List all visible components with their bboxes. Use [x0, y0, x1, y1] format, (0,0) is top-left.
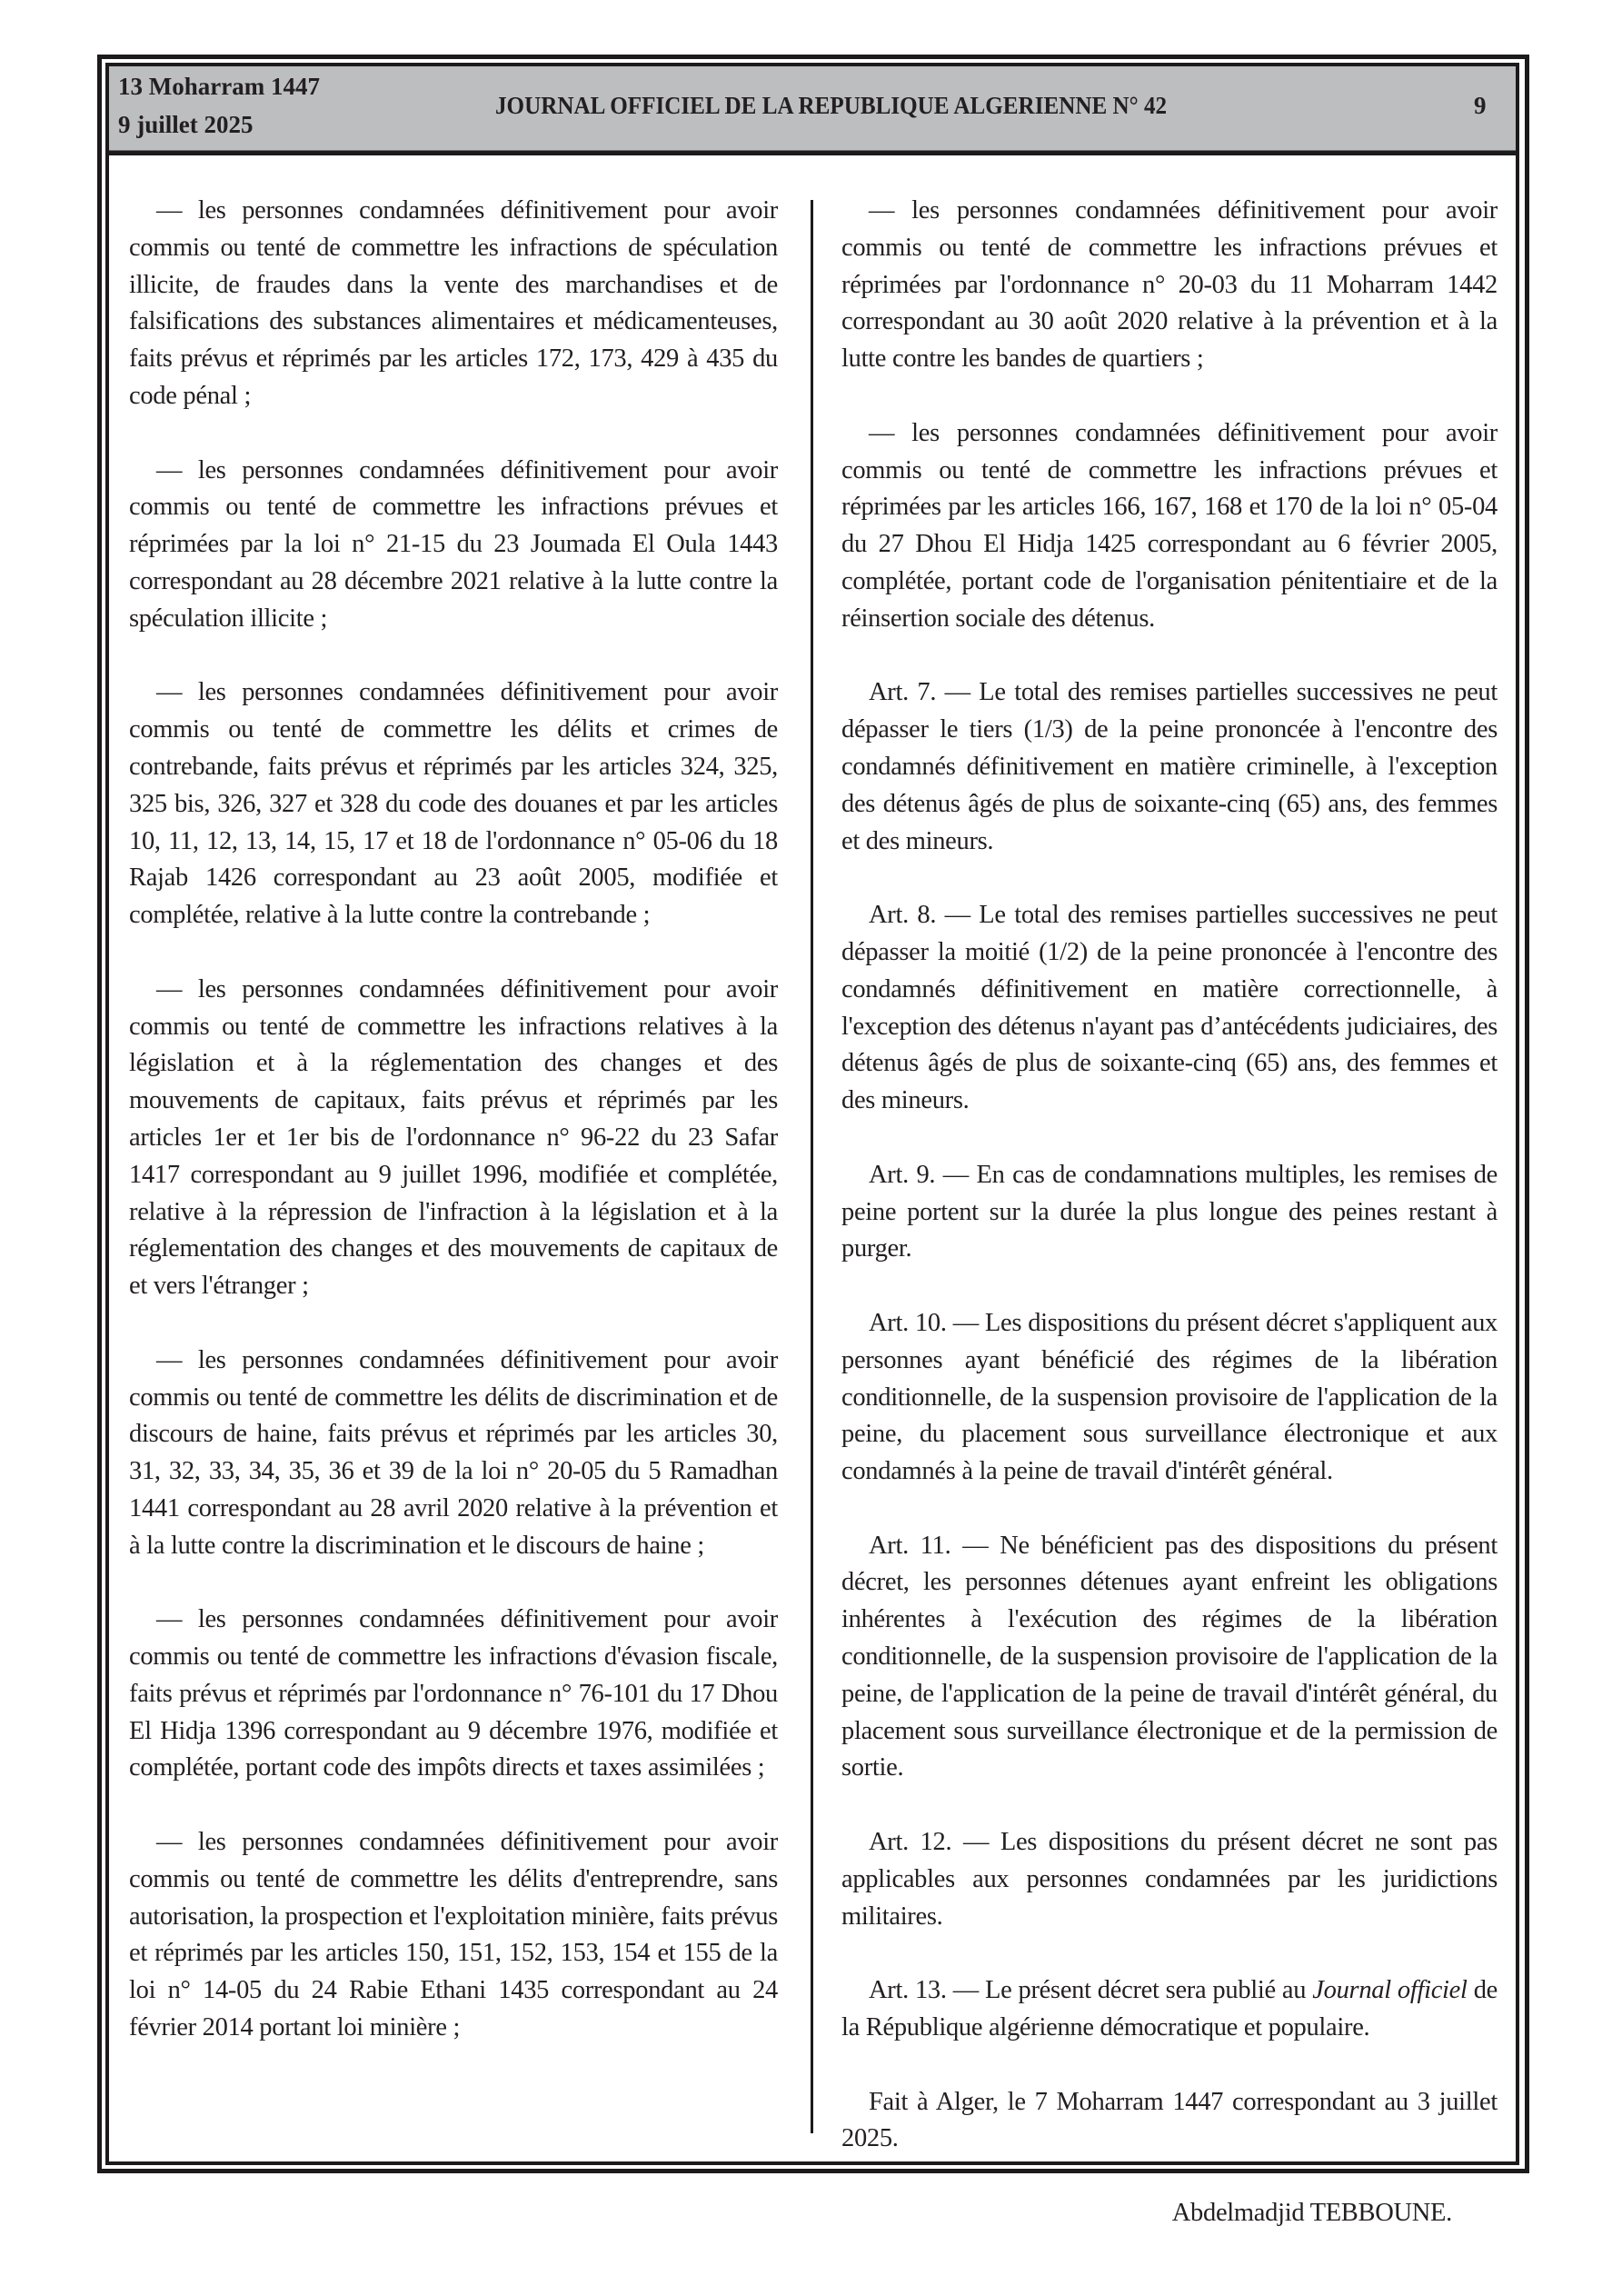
paragraph: — les personnes condamnées définitivemen… [129, 972, 778, 1305]
right-column: — les personnes condamnées définitivemen… [841, 193, 1498, 2232]
article-13: Art. 13. — Le présent décret sera publié… [841, 1972, 1498, 2047]
journal-title: JOURNAL OFFICIEL DE LA REPUBLIQUE ALGERI… [495, 94, 1167, 118]
article-9: Art. 9. — En cas de condamnations multip… [841, 1157, 1498, 1268]
paragraph: — les personnes condamnées définitivemen… [129, 193, 778, 415]
header-hijri-date: 13 Moharram 1447 [118, 75, 320, 99]
page-number: 9 [1474, 94, 1487, 118]
article-10: Art. 10. — Les dispositions du présent d… [841, 1305, 1498, 1491]
paragraph: — les personnes condamnées définitivemen… [129, 1602, 778, 1787]
column-separator [811, 200, 813, 2133]
paragraph: — les personnes condamnées définitivemen… [129, 1824, 778, 2047]
header-gregorian-date: 9 juillet 2025 [118, 113, 254, 137]
paragraph: — les personnes condamnées définitivemen… [129, 453, 778, 638]
paragraph: — les personnes condamnées définitivemen… [841, 193, 1498, 378]
closing-statement: Fait à Alger, le 7 Moharram 1447 corresp… [841, 2084, 1498, 2159]
left-column: — les personnes condamnées définitivemen… [129, 193, 778, 2047]
article-13-text: Art. 13. — Le présent décret sera publié… [869, 1976, 1312, 2004]
paragraph: — les personnes condamnées définitivemen… [129, 674, 778, 934]
article-12: Art. 12. — Les dispositions du présent d… [841, 1824, 1498, 1935]
journal-officiel-italic: Journal officiel [1312, 1976, 1467, 2004]
paragraph: — les personnes condamnées définitivemen… [129, 1343, 778, 1565]
article-8: Art. 8. — Le total des remises partielle… [841, 897, 1498, 1120]
article-11: Art. 11. — Ne bénéficient pas des dispos… [841, 1528, 1498, 1788]
article-7: Art. 7. — Le total des remises partielle… [841, 674, 1498, 860]
header-divider [109, 151, 1516, 155]
signature: Abdelmadjid TEBBOUNE. [841, 2195, 1498, 2232]
paragraph: — les personnes condamnées définitivemen… [841, 415, 1498, 638]
